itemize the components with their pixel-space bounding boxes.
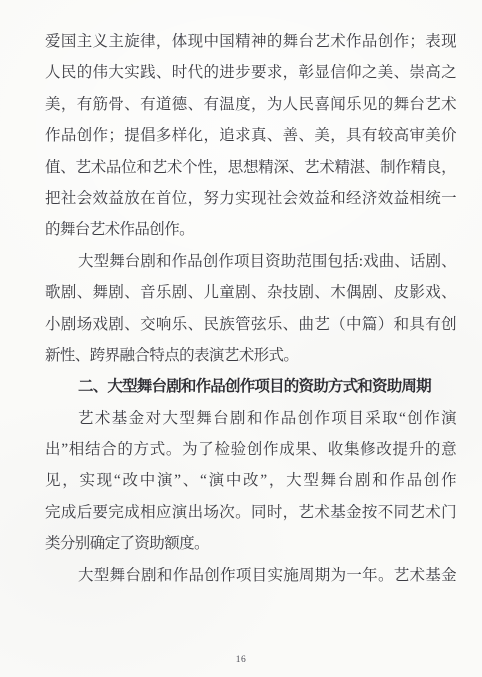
text-line: 小剧场戏剧、交响乐、民族管弦乐、曲艺（中篇）和具有创 — [45, 309, 456, 340]
text-line: 大型舞台剧和作品创作项目资助范围包括:戏曲、话剧、 — [45, 246, 456, 277]
text-line: 美，有筋骨、有道德、有温度，为人民喜闻乐见的舞台艺术 — [45, 89, 456, 120]
page-number: 16 — [0, 655, 482, 665]
text-line: 的舞台艺术作品创作。 — [45, 214, 456, 245]
text-line: 新性、跨界融合特点的表演艺术形式。 — [45, 340, 456, 371]
text-line: 完成后要完成相应演出场次。同时，艺术基金按不同艺术门 — [45, 497, 456, 528]
text-line: 把社会效益放在首位，努力实现社会效益和经济效益相统一 — [45, 183, 456, 214]
document-page: 爱国主义主旋律，体现中国精神的舞台艺术作品创作；表现人民的伟大实践、时代的进步要… — [0, 0, 482, 677]
text-line: 见，实现“改中演”、“演中改”，大型舞台剧和作品创作 — [45, 465, 456, 496]
text-line: 歌剧、舞剧、音乐剧、儿童剧、杂技剧、木偶剧、皮影戏、 — [45, 277, 456, 308]
text-line: 人民的伟大实践、时代的进步要求，彰显信仰之美、崇高之 — [45, 57, 456, 88]
text-line: 爱国主义主旋律，体现中国精神的舞台艺术作品创作；表现 — [45, 26, 456, 57]
text-line: 作品创作；提倡多样化，追求真、善、美，具有较高审美价 — [45, 120, 456, 151]
document-body: 爱国主义主旋律，体现中国精神的舞台艺术作品创作；表现人民的伟大实践、时代的进步要… — [45, 26, 456, 591]
text-line: 大型舞台剧和作品创作项目实施周期为一年。艺术基金 — [45, 560, 456, 591]
text-line: 艺术基金对大型舞台剧和作品创作项目采取“创作演 — [45, 403, 456, 434]
text-line: 值、艺术品位和艺术个性，思想精深、艺术精湛、制作精良， — [45, 152, 456, 183]
section-heading: 二、大型舞台剧和作品创作项目的资助方式和资助周期 — [45, 371, 456, 402]
text-line: 出”相结合的方式。为了检验创作成果、收集修改提升的意 — [45, 434, 456, 465]
text-line: 类分别确定了资助额度。 — [45, 528, 456, 559]
